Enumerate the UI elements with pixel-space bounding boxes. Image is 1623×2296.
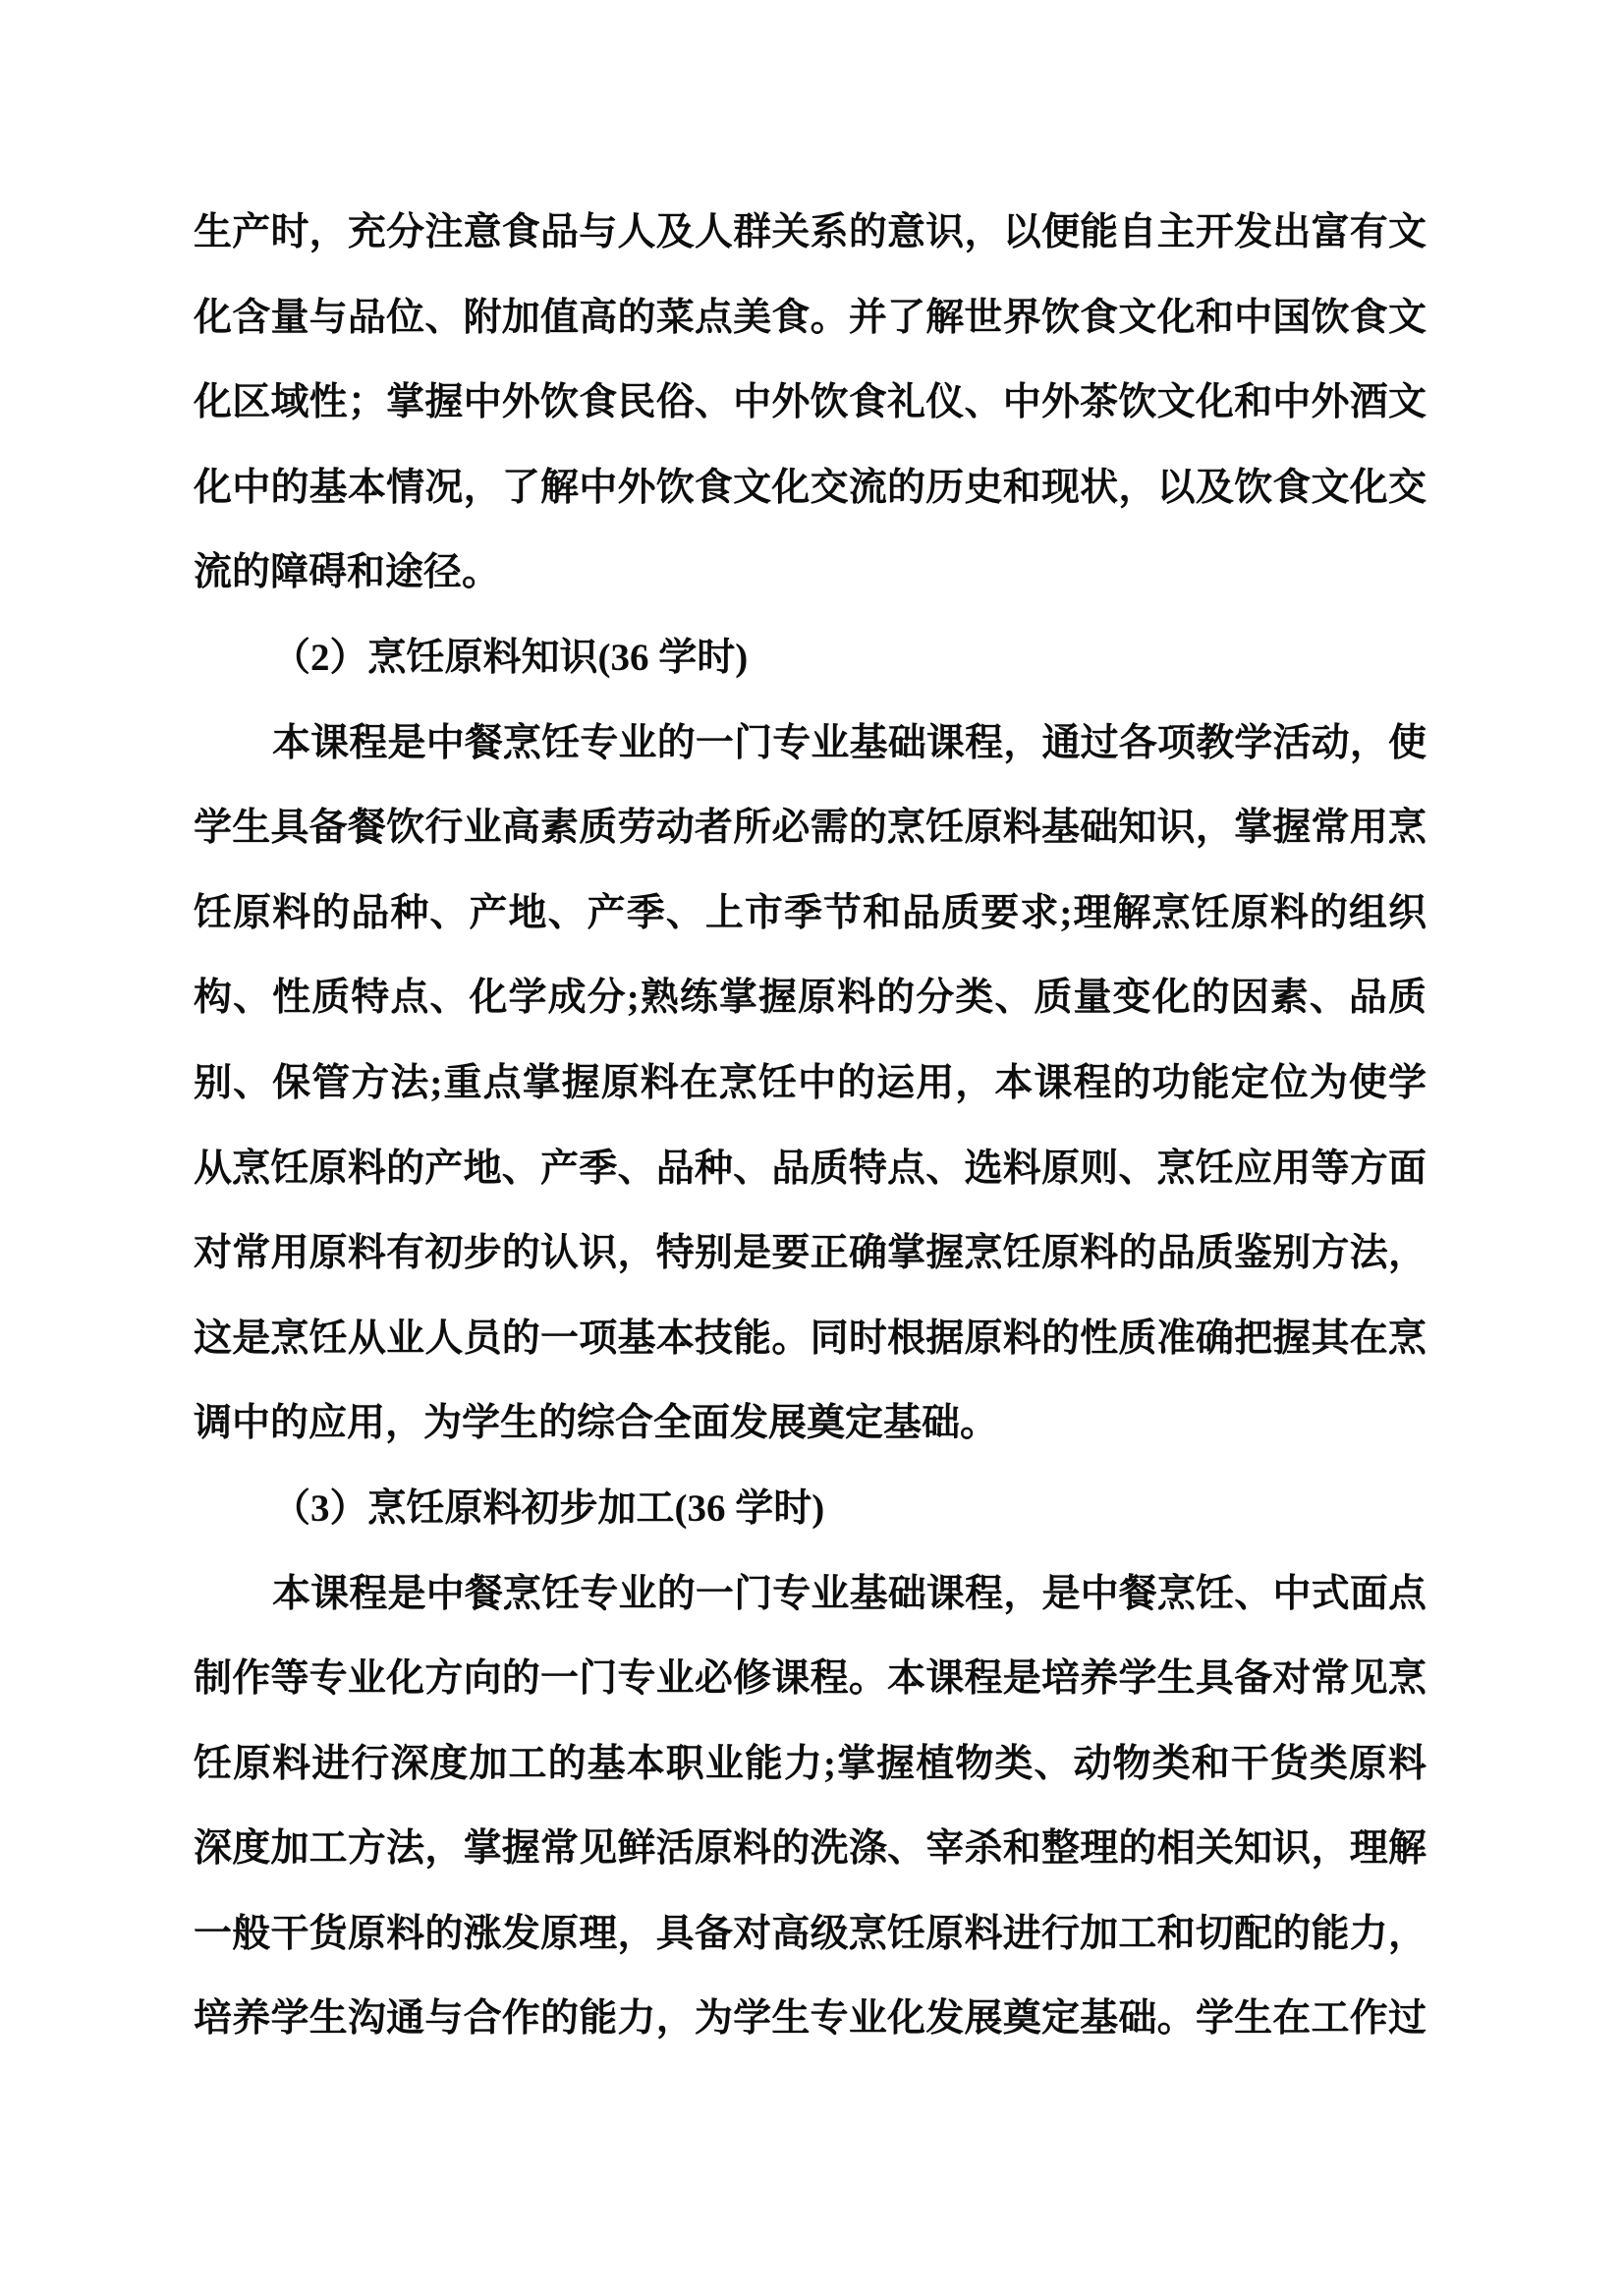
text-line: 流的障碍和途径。 bbox=[194, 531, 1427, 616]
paragraph-body: 本课程是中餐烹饪专业的一门专业基础课程，是中餐烹饪、中式面点 制作等专业化方向的… bbox=[194, 1552, 1427, 2063]
text-line: 从烹饪原料的产地、产季、品种、品质特点、选料原则、烹饪应用等方面 bbox=[194, 1127, 1427, 1212]
paragraph-body: 生产时，充分注意食品与人及人群关系的意识，以便能自主开发出富有文 化含量与品位、… bbox=[194, 191, 1427, 616]
text-line: 饪原料进行深度加工的基本职业能力;掌握植物类、动物类和干货类原料的 bbox=[194, 1722, 1427, 1808]
text-line: 培养学生沟通与合作的能力，为学生专业化发展奠定基础。学生在工作过 bbox=[194, 1977, 1427, 2062]
section-heading: （2）烹饪原料知识(36 学时) bbox=[194, 616, 1427, 701]
text-line: 化含量与品位、附加值高的菜点美食。并了解世界饮食文化和中国饮食文 bbox=[194, 276, 1427, 362]
text-line: 化区域性；掌握中外饮食民俗、中外饮食礼仪、中外茶饮文化和中外酒文 bbox=[194, 361, 1427, 446]
text-line: 化中的基本情况，了解中外饮食文化交流的历史和现状，以及饮食文化交 bbox=[194, 446, 1427, 532]
paragraph-body: 本课程是中餐烹饪专业的一门专业基础课程，通过各项教学活动，使 学生具备餐饮行业高… bbox=[194, 701, 1427, 1467]
text-line: 构、性质特点、化学成分;熟练掌握原料的分类、质量变化的因素、品质鉴 bbox=[194, 956, 1427, 1041]
text-line: 一般干货原料的涨发原理，具备对高级烹饪原料进行加工和切配的能力， bbox=[194, 1892, 1427, 1978]
text-line: 对常用原料有初步的认识，特别是要正确掌握烹饪原料的品质鉴别方法， bbox=[194, 1211, 1427, 1297]
text-line: 制作等专业化方向的一门专业必修课程。本课程是培养学生具备对常见烹 bbox=[194, 1637, 1427, 1722]
text-block: 生产时，充分注意食品与人及人群关系的意识，以便能自主开发出富有文 化含量与品位、… bbox=[194, 191, 1427, 2062]
heading-line: （2）烹饪原料知识(36 学时) bbox=[194, 616, 1427, 701]
text-line: 饪原料的品种、产地、产季、上市季节和品质要求;理解烹饪原料的组织结 bbox=[194, 871, 1427, 957]
heading-line: （3）烹饪原料初步加工(36 学时) bbox=[194, 1467, 1427, 1552]
text-line: 生产时，充分注意食品与人及人群关系的意识，以便能自主开发出富有文 bbox=[194, 191, 1427, 276]
text-line: 别、保管方法;重点掌握原料在烹饪中的运用，本课程的功能定位为使学生 bbox=[194, 1041, 1427, 1127]
text-line: 本课程是中餐烹饪专业的一门专业基础课程，是中餐烹饪、中式面点 bbox=[194, 1552, 1427, 1638]
text-line: 学生具备餐饮行业高素质劳动者所必需的烹饪原料基础知识，掌握常用烹 bbox=[194, 786, 1427, 871]
text-line: 本课程是中餐烹饪专业的一门专业基础课程，通过各项教学活动，使 bbox=[194, 701, 1427, 787]
text-line: 深度加工方法，掌握常见鲜活原料的洗涤、宰杀和整理的相关知识，理解 bbox=[194, 1807, 1427, 1892]
document-page: 生产时，充分注意食品与人及人群关系的意识，以便能自主开发出富有文 化含量与品位、… bbox=[0, 0, 1623, 2296]
text-line: 这是烹饪从业人员的一项基本技能。同时根据原料的性质准确把握其在烹 bbox=[194, 1297, 1427, 1382]
text-line: 调中的应用，为学生的综合全面发展奠定基础。 bbox=[194, 1381, 1427, 1467]
section-heading: （3）烹饪原料初步加工(36 学时) bbox=[194, 1467, 1427, 1552]
